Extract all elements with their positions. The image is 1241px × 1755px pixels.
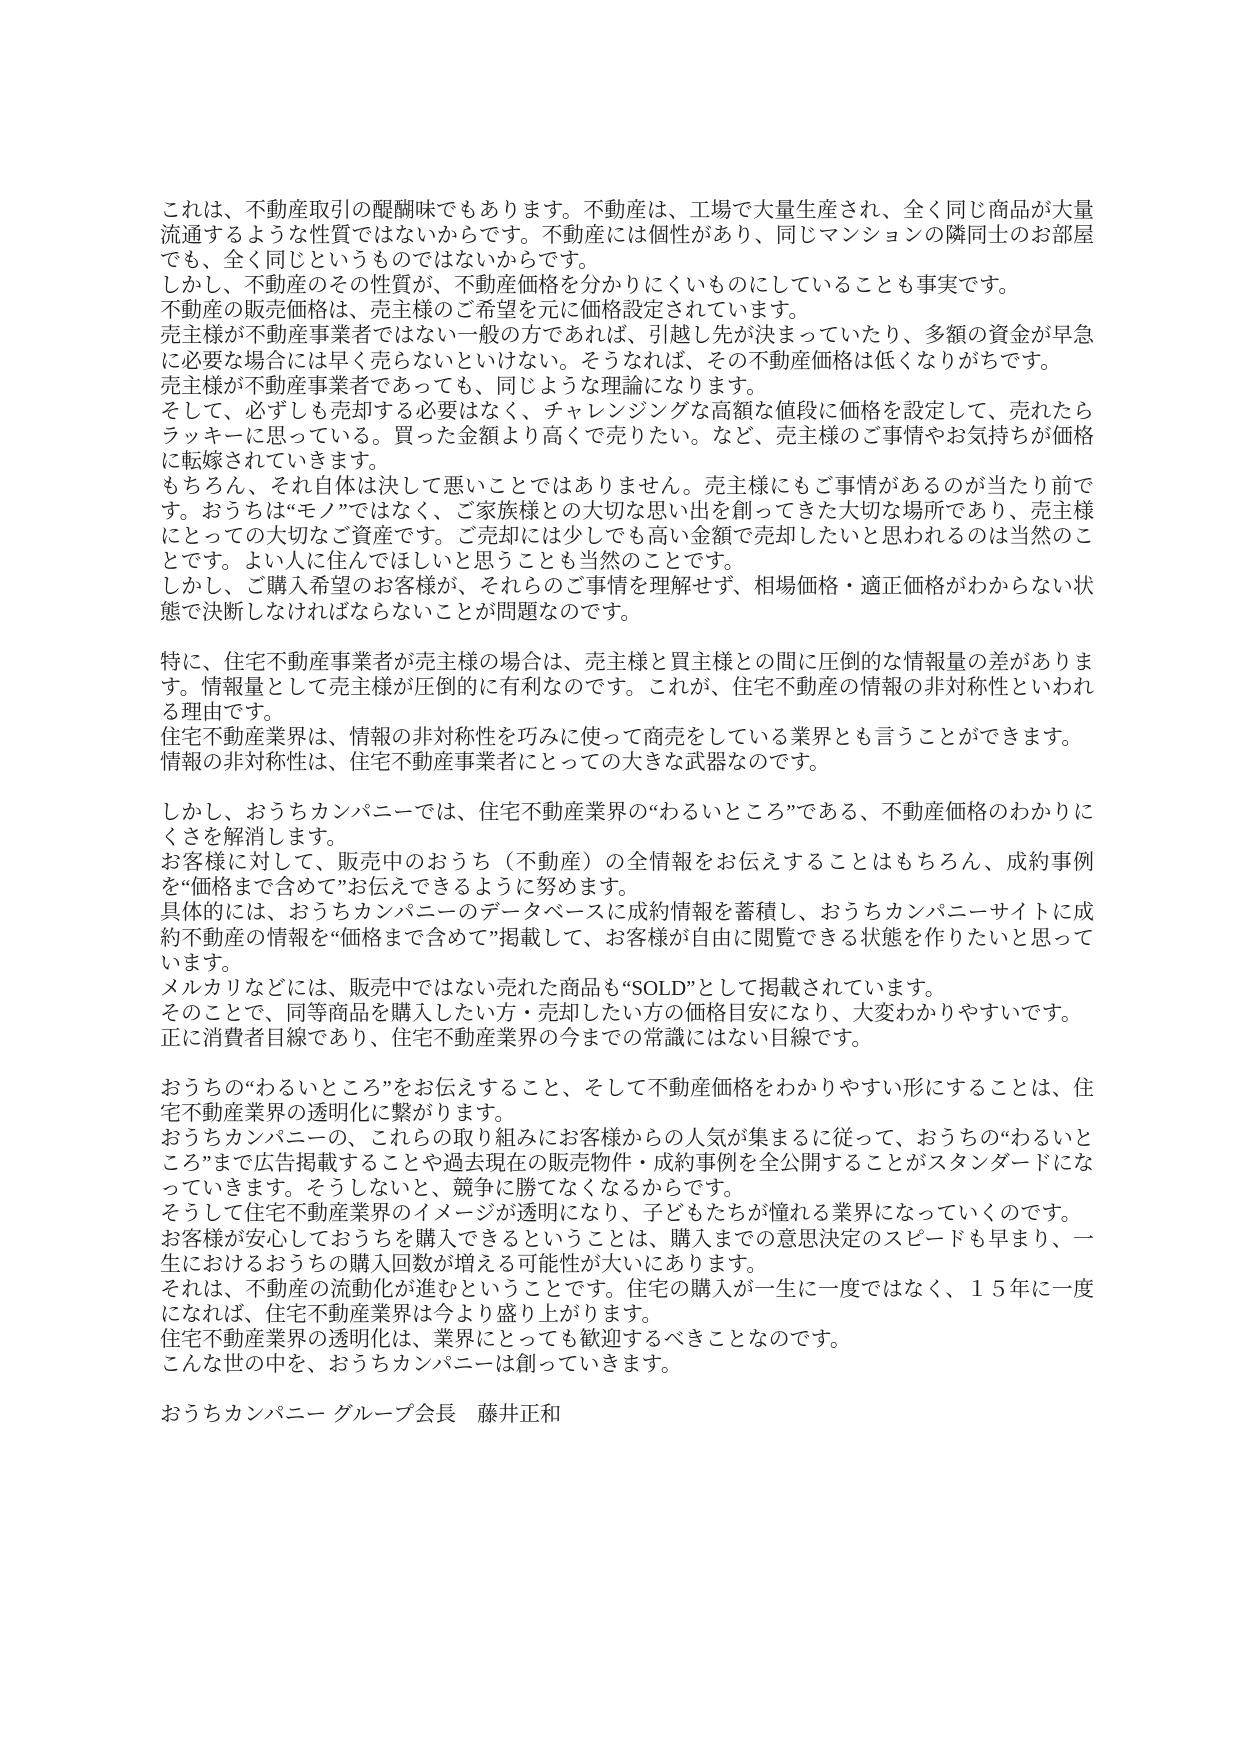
paragraph: しかし、不動産のその性質が、不動産価格を分かりにくいものにしていることも事実です… — [160, 273, 1094, 298]
paragraph: 売主様が不動産事業者であっても、同じような理論になります。 — [160, 374, 1094, 399]
paragraph: そうして住宅不動産業界のイメージが透明になり、子どもたちが憧れる業界になっていく… — [160, 1201, 1094, 1226]
paragraph: 不動産の販売価格は、売主様のご希望を元に価格設定されています。 — [160, 298, 1094, 323]
paragraph: おうちカンパニーの、これらの取り組みにお客様からの人気が集まるに従って、おうちの… — [160, 1126, 1094, 1201]
paragraph: 正に消費者目線であり、住宅不動産業界の今までの常識にはない目線です。 — [160, 1026, 1094, 1051]
signature-line: おうちカンパニー グループ会長 藤井正和 — [160, 1402, 1094, 1427]
paragraph: 特に、住宅不動産事業者が売主様の場合は、売主様と買主様との間に圧倒的な情報量の差… — [160, 650, 1094, 725]
paragraph: しかし、おうちカンパニーでは、住宅不動産業界の“わるいところ”である、不動産価格… — [160, 800, 1094, 850]
paragraph: しかし、ご購入希望のお客様が、それらのご事情を理解せず、相場価格・適正価格がわか… — [160, 574, 1094, 624]
paragraph: これは、不動産取引の醍醐味でもあります。不動産は、工場で大量生産され、全く同じ商… — [160, 198, 1094, 273]
paragraph-spacer — [160, 1377, 1094, 1402]
paragraph: 具体的には、おうちカンパニーのデータベースに成約情報を蓄積し、おうちカンパニーサ… — [160, 900, 1094, 975]
paragraph: お客様に対して、販売中のおうち（不動産）の全情報をお伝えすることはもちろん、成約… — [160, 850, 1094, 900]
letter-body: これは、不動産取引の醍醐味でもあります。不動産は、工場で大量生産され、全く同じ商… — [160, 198, 1094, 1427]
paragraph: 住宅不動産業界の透明化は、業界にとっても歓迎するべきことなのです。 — [160, 1327, 1094, 1352]
paragraph: もちろん、それ自体は決して悪いことではありません。売主様にもご事情があるのが当た… — [160, 474, 1094, 574]
document-page: これは、不動産取引の醍醐味でもあります。不動産は、工場で大量生産され、全く同じ商… — [0, 0, 1241, 1755]
paragraph-spacer — [160, 625, 1094, 650]
paragraph-spacer — [160, 775, 1094, 800]
paragraph: 住宅不動産業界は、情報の非対称性を巧みに使って商売をしている業界とも言うことがで… — [160, 725, 1094, 750]
paragraph-spacer — [160, 1051, 1094, 1076]
paragraph: 売主様が不動産事業者ではない一般の方であれば、引越し先が決まっていたり、多額の資… — [160, 323, 1094, 373]
paragraph: お客様が安心しておうちを購入できるということは、購入までの意思決定のスピードも早… — [160, 1227, 1094, 1277]
paragraph: そして、必ずしも売却する必要はなく、チャレンジングな高額な値段に価格を設定して、… — [160, 399, 1094, 474]
paragraph: おうちの“わるいところ”をお伝えすること、そして不動産価格をわかりやすい形にする… — [160, 1076, 1094, 1126]
paragraph: そのことで、同等商品を購入したい方・売却したい方の価格目安になり、大変わかりやす… — [160, 1001, 1094, 1026]
paragraph: こんな世の中を、おうちカンパニーは創っていきます。 — [160, 1352, 1094, 1377]
paragraph: 情報の非対称性は、住宅不動産事業者にとっての大きな武器なのです。 — [160, 750, 1094, 775]
paragraph: それは、不動産の流動化が進むということです。住宅の購入が一生に一度ではなく、１５… — [160, 1277, 1094, 1327]
paragraph: メルカリなどには、販売中ではない売れた商品も“SOLD”として掲載されています。 — [160, 976, 1094, 1001]
